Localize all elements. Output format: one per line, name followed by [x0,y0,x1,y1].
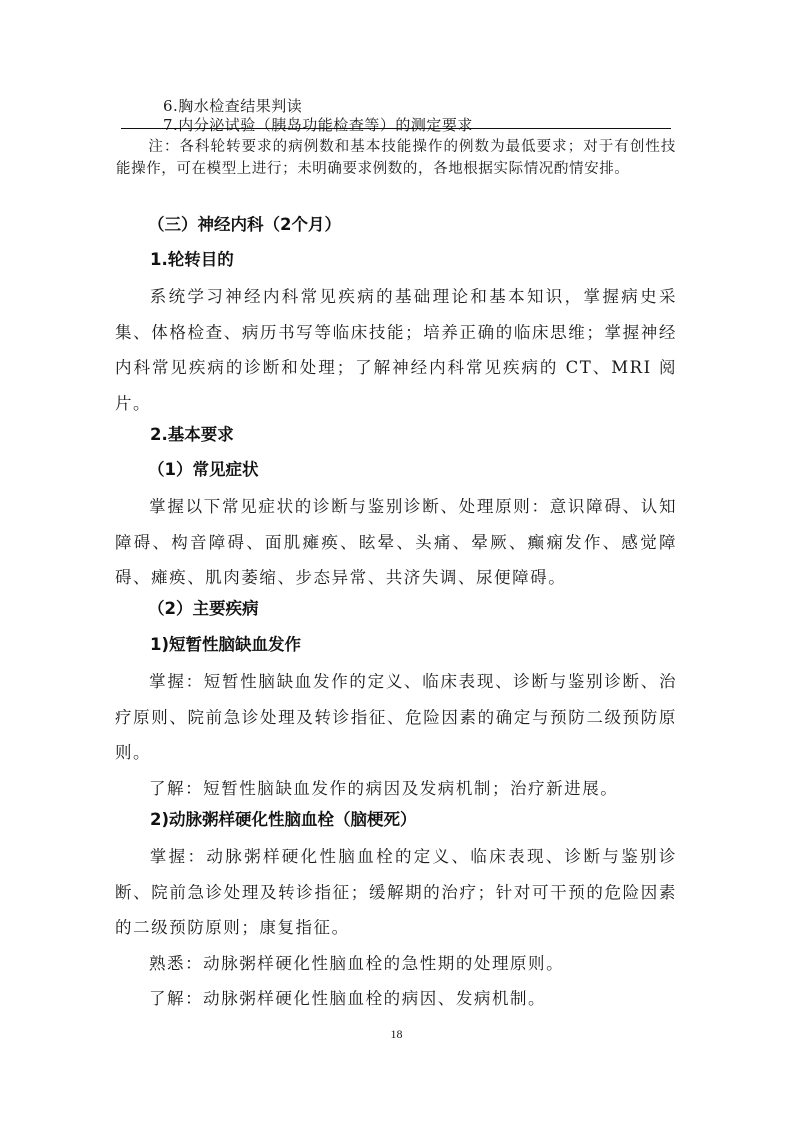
purpose-paragraph: 系统学习神经内科常见疾病的基础理论和基本知识，掌握病史采集、体格检查、病历书写等… [115,279,677,421]
disease-thrombosis-heading: 2)动脉粥样硬化性脑血栓（脑梗死） [150,808,417,832]
requirements-heading: 2.基本要求 [150,423,234,447]
symptoms-text: 掌握以下常见症状的诊断与鉴别诊断、处理原则：意识障碍、认知障碍、构音障碍、面肌瘫… [115,497,677,587]
page-number: 18 [0,1027,793,1042]
purpose-heading: 1.轮转目的 [150,248,234,272]
disease-tia-heading: 1)短暂性脑缺血发作 [150,633,301,657]
disease-thrombosis-master: 掌握：动脉粥样硬化性脑血栓的定义、临床表现、诊断与鉴别诊断、院前急诊处理及转诊指… [115,839,677,946]
thrombosis-master-text: 掌握：动脉粥样硬化性脑血栓的定义、临床表现、诊断与鉴别诊断、院前急诊处理及转诊指… [115,847,677,937]
tia-understand-text: 了解：短暂性脑缺血发作的病因及发病机制；治疗新进展。 [149,779,618,798]
footnote-text: 注：各科轮转要求的病例数和基本技能操作的例数为最低要求；对于有创性技能操作，可在… [116,139,676,177]
purpose-text: 系统学习神经内科常见疾病的基础理论和基本知识，掌握病史采集、体格检查、病历书写等… [115,287,677,413]
symptoms-heading: （1）常见症状 [148,458,258,482]
symptoms-paragraph: 掌握以下常见症状的诊断与鉴别诊断、处理原则：意识障碍、认知障碍、构音障碍、面肌瘫… [115,489,677,596]
tia-master-text: 掌握：短暂性脑缺血发作的定义、临床表现、诊断与鉴别诊断、治疗原则、院前急诊处理及… [115,672,677,762]
disease-thrombosis-familiar: 熟悉：动脉粥样硬化性脑血栓的急性期的处理原则。 [115,946,677,982]
list-item-endocrine-test: 7.内分泌试验（胰岛功能检查等）的测定要求 [163,115,473,135]
document-page: 6.胸水检查结果判读 7.内分泌试验（胰岛功能检查等）的测定要求 注：各科轮转要… [0,0,793,1122]
diseases-heading: （2）主要疾病 [148,597,258,621]
disease-tia-understand: 了解：短暂性脑缺血发作的病因及发病机制；治疗新进展。 [115,771,677,807]
list-item-pleural-fluid: 6.胸水检查结果判读 [163,96,302,116]
footnote: 注：各科轮转要求的病例数和基本技能操作的例数为最低要求；对于有创性技能操作，可在… [116,136,676,180]
thrombosis-familiar-text: 熟悉：动脉粥样硬化性脑血栓的急性期的处理原则。 [149,954,564,973]
table-bottom-rule [121,128,671,129]
section-title: （三）神经内科（2个月） [148,213,341,237]
disease-thrombosis-understand: 了解：动脉粥样硬化性脑血栓的病因、发病机制。 [115,981,677,1017]
thrombosis-understand-text: 了解：动脉粥样硬化性脑血栓的病因、发病机制。 [149,989,546,1008]
disease-tia-master: 掌握：短暂性脑缺血发作的定义、临床表现、诊断与鉴别诊断、治疗原则、院前急诊处理及… [115,664,677,771]
